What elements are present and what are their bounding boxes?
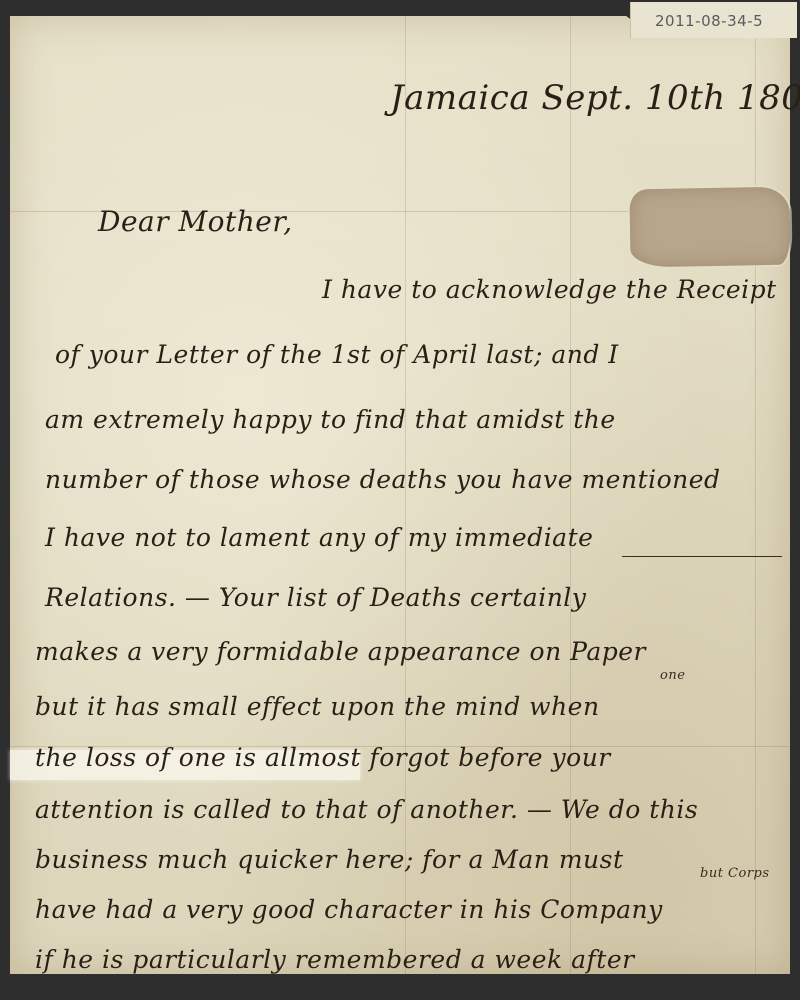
letter-page [10, 16, 790, 974]
underline-immediate [622, 556, 782, 557]
torn-paper-patch [629, 187, 790, 268]
accession-number: 2011-08-34-5 [655, 12, 763, 30]
interlinear-insertion: one [660, 668, 685, 683]
letter-line: but it has small effect upon the mind wh… [35, 692, 600, 721]
place-and-date: Jamaica Sept. 10th 1808 [390, 78, 800, 118]
salutation: Dear Mother, [98, 205, 293, 238]
letter-line-text: I have not to lament any of my immediate [45, 523, 593, 552]
letter-line: Relations. — Your list of Deaths certain… [45, 583, 586, 612]
letter-line: of your Letter of the 1st of April last;… [55, 340, 619, 369]
fold-crease-vertical [405, 16, 406, 974]
letter-line: the loss of one is allmost forgot before… [35, 743, 611, 772]
interlinear-insertion: but Corps [700, 866, 770, 881]
fold-crease-vertical [755, 16, 756, 974]
letter-line: attention is called to that of another. … [35, 795, 698, 824]
letter-line: I have not to lament any of my immediate [45, 523, 593, 552]
letter-line: makes a very formidable appearance on Pa… [35, 637, 646, 666]
letter-line: business much quicker here; for a Man mu… [35, 845, 624, 874]
letter-line: am extremely happy to find that amidst t… [45, 405, 616, 434]
letter-line: have had a very good character in his Co… [35, 895, 663, 924]
letter-line: number of those whose deaths you have me… [45, 465, 721, 494]
letter-line: I have to acknowledge the Receipt [322, 275, 777, 304]
fold-crease-vertical [570, 16, 571, 974]
letter-line: if he is particularly remembered a week … [35, 945, 635, 974]
